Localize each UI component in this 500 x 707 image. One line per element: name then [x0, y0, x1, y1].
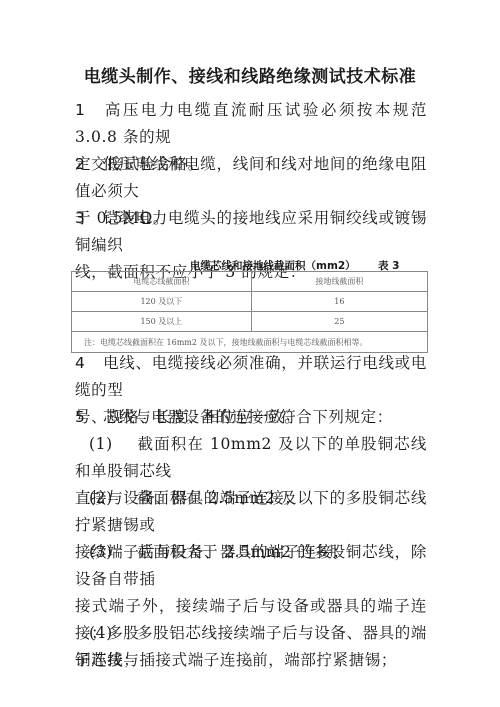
page-number: 1: [248, 659, 254, 669]
table-row: 120 及以下 16: [72, 292, 428, 312]
item-number: 3: [75, 205, 103, 232]
item-number: 1: [75, 97, 103, 124]
item-text: 高压电力电缆直流耐压试验必须按本规范 3.0.8 条的规: [75, 101, 427, 146]
cross-section-table: 电缆芯线截面积 接地线截面积 120 及以下 16 150 及以上 25 注：电…: [71, 271, 428, 353]
table-header-row: 电缆芯线截面积 接地线截面积: [72, 272, 428, 292]
table-row: 150 及以上 25: [72, 312, 428, 332]
item-text: 铠装电力电缆头的接地线应采用铜绞线或镀锡铜编织: [75, 209, 427, 254]
item-number: 2: [75, 151, 103, 178]
item-5: 5芯线与电器设备的连接应符合下列规定：: [75, 404, 427, 431]
table-header-cell: 接地线截面积: [251, 272, 427, 292]
item-number: 5: [75, 404, 103, 431]
sub-item-number: (3): [89, 539, 137, 566]
table-cell: 16: [251, 292, 427, 312]
sub-item-number: (1): [89, 431, 137, 458]
table-header-cell: 电缆芯线截面积: [72, 272, 252, 292]
table-cell: 25: [251, 312, 427, 332]
sub-item-number: (4): [89, 620, 137, 647]
sub-item-number: (2): [89, 485, 137, 512]
item-text: 低压电线和电缆，线间和线对地间的绝缘电阻值必须大: [75, 155, 427, 200]
table-cell: 150 及以上: [72, 312, 252, 332]
table-cell: 120 及以下: [72, 292, 252, 312]
document-title: 电缆头制作、接线和线路绝缘测试技术标准: [0, 62, 500, 87]
item-text: 芯线与电器设备的连接应符合下列规定：: [103, 408, 393, 426]
item-text: 电线、电缆接线必须准确，并联运行电线或电缆的型: [75, 354, 427, 399]
item-number: 4: [75, 350, 103, 377]
